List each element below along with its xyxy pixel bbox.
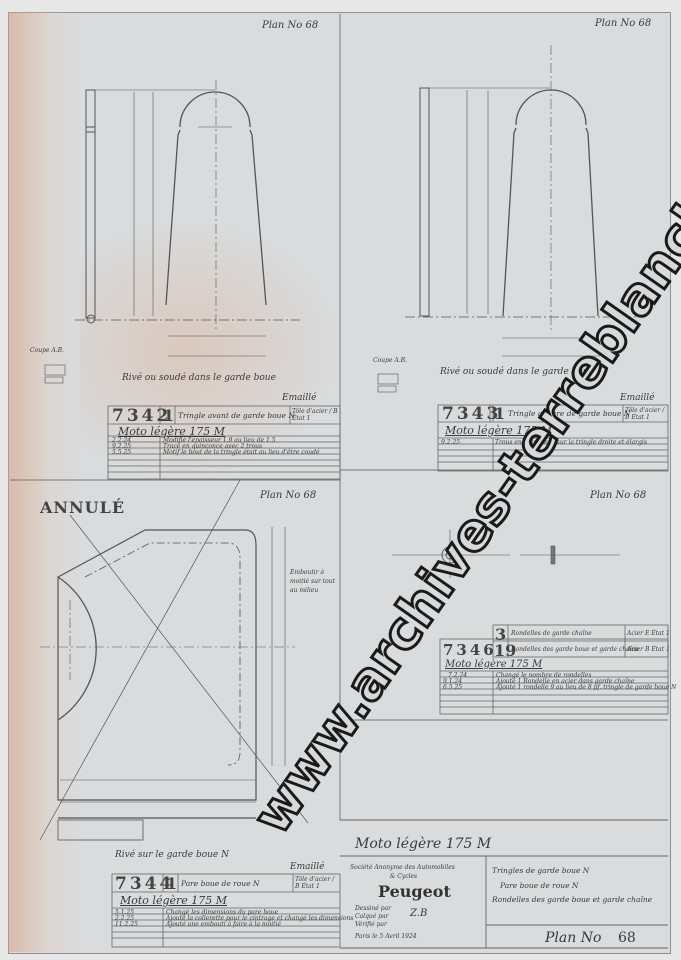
part-designation: Rondelles des garde boue et garde chaîne — [511, 646, 639, 653]
checked-by-label: Vérifié par — [355, 921, 387, 928]
drawn-by-label: Dessiné par — [355, 905, 391, 912]
parts-list-item: Pare boue de roue N — [500, 881, 579, 890]
plan-reference-bottom-right: Plan No 68 — [590, 490, 646, 501]
revision-text: Motif le bout de la tringle était au lie… — [163, 449, 320, 456]
plan-number: 68 — [618, 930, 636, 946]
part-designation: Tringle avant de garde boue N — [178, 411, 295, 420]
company-name: Société Anonyme des Automobiles — [350, 864, 455, 871]
revision-text: Ajouté une embouti à faire à la moitié — [166, 921, 281, 928]
plan-reference-top-right: Plan No 68 — [595, 18, 651, 29]
part-quantity: 1 — [166, 874, 177, 893]
assembly-note: Rivé ou soudé dans le garde boue — [122, 373, 276, 383]
brand-logo: Peugeot — [378, 882, 451, 901]
section-label: Coupe A.B. — [30, 347, 64, 354]
part-number: 7343 — [442, 404, 501, 424]
part-material: Tôle d'acier / B État 1 — [292, 408, 338, 422]
finish-label: Emaillé — [290, 862, 324, 872]
part-material: Tôle d'acier / B État 1 — [625, 407, 667, 421]
parts-list-item: Tringles de garde boue N — [492, 866, 589, 875]
title-block-model: Moto légère 175 M — [355, 836, 491, 852]
assembly-note: Rivé sur le garde boue N — [115, 850, 229, 860]
traced-by-label: Calqué par — [355, 913, 389, 920]
company-name-line2: & Cycles — [390, 873, 417, 880]
model-label: Moto légère 175 M — [120, 894, 227, 907]
plan-number-label: Plan No — [545, 930, 601, 946]
part-quantity: 1 — [163, 406, 174, 425]
finish-label: Emaillé — [620, 393, 654, 403]
revision-text: Ajouté 1 rondelle 9 au lieu de 8 pf. tri… — [496, 684, 676, 691]
part-designation: Pare boue de roue N — [181, 879, 260, 888]
part-material: Acier B État 1 — [627, 646, 670, 653]
part-designation: Rondelles de garde chaîne — [511, 630, 592, 637]
revision-date: 6.5.25 — [443, 684, 462, 691]
revision-date: 9.2.25 — [441, 439, 460, 446]
side-note: Emboutir à moitié sur tout au milieu — [290, 568, 340, 595]
part-number: 7346 — [443, 641, 497, 659]
finish-label: Emaillé — [282, 393, 316, 403]
parts-list-item: Rondelles des garde boue et garde chaîne — [492, 895, 652, 904]
cancelled-stamp: ANNULÉ — [40, 498, 125, 517]
model-label: Moto légère 175 M — [445, 659, 542, 670]
revision-date: 5.5.25 — [112, 449, 131, 456]
plan-reference-top-left: Plan No 68 — [262, 20, 318, 31]
part-material: Tôle d'acier / B État 1 — [295, 876, 339, 890]
drawing-date: Paris le 5 Avril 1924 — [355, 933, 417, 940]
draftsman-initials: Z.B — [410, 908, 427, 919]
section-label: Coupe A.B. — [373, 357, 407, 364]
technical-drawing-lines — [0, 0, 681, 960]
plan-reference-bottom-left: Plan No 68 — [260, 490, 316, 501]
part-quantity: 1 — [494, 404, 505, 423]
revision-date: 11.2.25 — [115, 921, 138, 928]
part-material: Acier E État 1 — [627, 630, 670, 637]
